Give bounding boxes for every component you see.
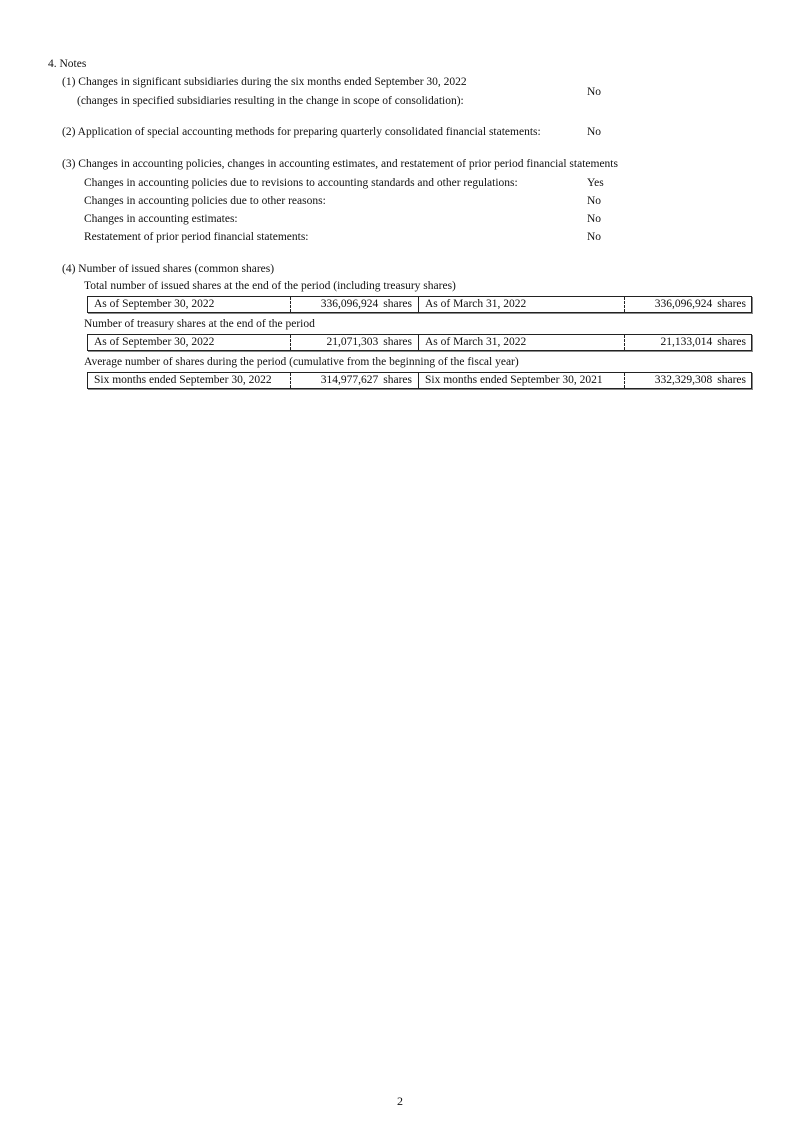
note3-item-label: Changes in accounting policies due to re… bbox=[84, 176, 518, 190]
issued-shares-table: As of September 30, 2022 336,096,924shar… bbox=[87, 296, 752, 313]
note4-heading: (4) Number of issued shares (common shar… bbox=[62, 262, 274, 276]
treasury-shares-table: As of September 30, 2022 21,071,303share… bbox=[87, 334, 752, 351]
note2-value: No bbox=[587, 125, 601, 139]
right-period-label: Six months ended September 30, 2021 bbox=[419, 373, 625, 388]
note3-item-label: Changes in accounting estimates: bbox=[84, 212, 238, 226]
average-shares-table: Six months ended September 30, 2022 314,… bbox=[87, 372, 752, 389]
note1-line2: (changes in specified subsidiaries resul… bbox=[77, 94, 464, 108]
note2-label: (2) Application of special accounting me… bbox=[62, 125, 541, 139]
note3-item-value: No bbox=[587, 194, 601, 208]
note3-item-label: Changes in accounting policies due to ot… bbox=[84, 194, 326, 208]
shares-table-caption: Number of treasury shares at the end of … bbox=[84, 317, 315, 331]
shares-table-caption: Average number of shares during the peri… bbox=[84, 355, 519, 369]
note1-value: No bbox=[587, 85, 601, 99]
left-period-value: 314,977,627shares bbox=[291, 373, 419, 388]
right-period-value: 336,096,924shares bbox=[625, 297, 751, 312]
note3-item-value: Yes bbox=[587, 176, 604, 190]
left-period-label: Six months ended September 30, 2022 bbox=[88, 373, 291, 388]
right-period-label: As of March 31, 2022 bbox=[419, 297, 625, 312]
left-period-value: 336,096,924shares bbox=[291, 297, 419, 312]
right-period-value: 332,329,308shares bbox=[625, 373, 751, 388]
note1-line1: (1) Changes in significant subsidiaries … bbox=[62, 75, 467, 89]
note3-item-value: No bbox=[587, 230, 601, 244]
section-title: 4. Notes bbox=[48, 57, 86, 71]
note3-item-label: Restatement of prior period financial st… bbox=[84, 230, 309, 244]
right-period-label: As of March 31, 2022 bbox=[419, 335, 625, 350]
shares-table-caption: Total number of issued shares at the end… bbox=[84, 279, 456, 293]
right-period-value: 21,133,014shares bbox=[625, 335, 751, 350]
note3-item-value: No bbox=[587, 212, 601, 226]
left-period-label: As of September 30, 2022 bbox=[88, 297, 291, 312]
left-period-value: 21,071,303shares bbox=[291, 335, 419, 350]
note3-heading: (3) Changes in accounting policies, chan… bbox=[62, 157, 618, 171]
left-period-label: As of September 30, 2022 bbox=[88, 335, 291, 350]
page-number: 2 bbox=[0, 1094, 800, 1109]
